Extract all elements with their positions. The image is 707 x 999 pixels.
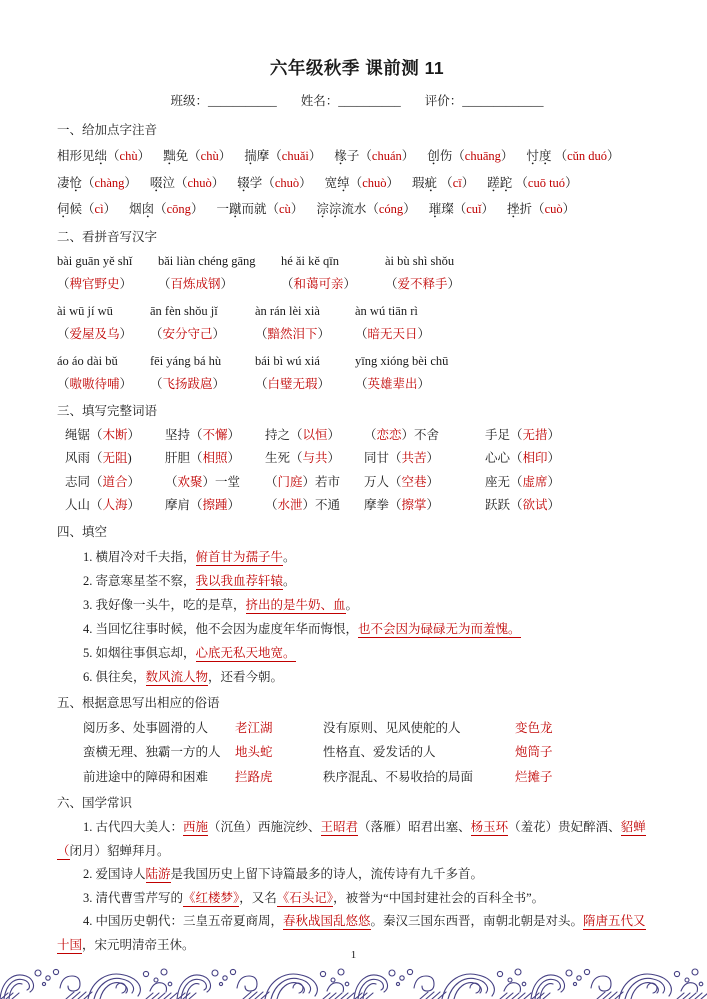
text: 瑕 — [412, 176, 425, 190]
answer-text: 门庭 — [278, 475, 303, 489]
entry: 蛮横无理、独霸一方的人 — [83, 740, 235, 765]
entry: 没有原则、见风使舵的人 — [323, 716, 515, 741]
answer-text: 英雄辈出 — [368, 377, 418, 391]
text: 是我国历史上留下诗篇最多的诗人，流传诗有九千多首。 — [171, 867, 484, 881]
answer-underlined-text: 数风流人物 — [146, 670, 209, 686]
text: ，被誉为“中国封建社会的百科全书”。 — [333, 891, 544, 905]
text: 1. 古代四大美人： — [83, 820, 183, 834]
answer-text: 炮筒子 — [515, 745, 553, 759]
text: fēi yáng bá hù — [150, 354, 221, 368]
text: _____________ — [462, 94, 543, 108]
entry: （和蔼可亲） — [281, 273, 385, 296]
entry: （百炼成钢） — [158, 273, 281, 296]
entry: 绳锯（木断） — [65, 424, 165, 448]
text: 泣（ — [162, 176, 187, 190]
text: 阅历多、处事圆滑的人 — [83, 721, 208, 735]
entry: fēi yáng bá hù — [150, 350, 255, 373]
entry: 人山（人海） — [65, 494, 165, 518]
fill-item: 2. 寄意寒星荃不察，我以我血荐轩辕。 — [57, 569, 657, 593]
entry: 炮筒子 — [515, 740, 657, 765]
entry: （爱屋及乌） — [57, 323, 150, 346]
text: 蛮横无理、独霸一方的人 — [83, 745, 221, 759]
text: ） — [344, 277, 357, 291]
text: ） — [548, 475, 561, 489]
entry: 一蹴而就（cù） — [216, 196, 303, 223]
entry: 摩拳（擦掌） — [364, 494, 485, 518]
entry: 椽子（chuán） — [334, 143, 414, 170]
answer-text: cuō tuó — [528, 176, 565, 190]
knowledge-paragraph: 3. 清代曹雪芹写的《红楼梦》，又名《石头记》，被誉为“中国封建社会的百科全书”… — [57, 887, 657, 911]
dotted-character: 绌 — [95, 149, 108, 163]
entry: 同甘（共苦） — [364, 447, 485, 471]
entry: bài guān yě shǐ — [57, 250, 158, 273]
text: 手足（ — [485, 428, 523, 442]
answer-underlined-text: 春秋战国乱悠悠 — [283, 914, 371, 930]
text: （ — [364, 428, 377, 442]
text: （ — [281, 277, 294, 291]
text: ）不舍 — [402, 428, 440, 442]
text: 摩肩（ — [165, 498, 203, 512]
answer-text: 恋恋 — [377, 428, 402, 442]
text: 同甘（ — [364, 451, 402, 465]
text: ） — [318, 327, 331, 341]
text: 免（ — [176, 149, 201, 163]
answer-row: （稗官野史）（百炼成钢）（和蔼可亲）（爱不释手） — [57, 273, 657, 296]
text: ） — [120, 377, 133, 391]
entry: 班级：___________ — [170, 90, 276, 112]
answer-underlined-text: 陆游 — [146, 867, 171, 883]
dotted-character: 忖 — [526, 149, 539, 163]
text: （ — [107, 149, 120, 163]
entry: ài bù shì shǒu — [385, 250, 657, 273]
text: （ — [265, 475, 278, 489]
text: bái bì wú xiá — [255, 354, 320, 368]
text: 3. 清代曹雪芹写的 — [83, 891, 183, 905]
text: ） — [191, 202, 204, 216]
text: 一、给加点字注音 — [57, 123, 157, 137]
answer-underlined-text: 挤出的是牛奶、血 — [246, 598, 346, 614]
entry: 地头蛇 — [235, 740, 323, 765]
text: ，还看今朝。 — [208, 670, 283, 684]
text: 三、填写完整词语 — [57, 404, 157, 418]
answer-text: cuò — [545, 202, 563, 216]
text: （ — [355, 377, 368, 391]
answer-underlined-text: 心底无私天地宽。 — [196, 646, 296, 662]
text: 3. 我好像一头牛，吃的是草， — [83, 598, 246, 612]
answer-text: chuāng — [465, 149, 501, 163]
entry: 烟囱（cōng） — [129, 196, 203, 223]
answer-text: 白璧无瑕 — [268, 377, 318, 391]
text: ） — [462, 176, 475, 190]
entry: 摩肩（擦踵） — [165, 494, 265, 518]
section-4-heading: 四、填空 — [57, 521, 657, 543]
text: bǎi liàn chéng gāng — [158, 254, 256, 268]
idiom-row: 人山（人海）摩肩（擦踵）（水泄）不通摩拳（擦掌）跃跃（欲试） — [57, 494, 657, 518]
dotted-character: 啜 — [150, 176, 163, 190]
entry: 辍学（chuò） — [237, 170, 311, 197]
text: 5. 如烟往事俱忘却， — [83, 646, 196, 660]
dotted-character: 怆 — [70, 176, 83, 190]
text: 4. 中国历史朝代：三皇五帝夏商周， — [83, 914, 283, 928]
entry: （恋恋）不舍 — [364, 424, 485, 448]
dotted-character: 淙 — [316, 202, 329, 216]
answer-text: 和蔼可亲 — [294, 277, 344, 291]
text: 肝胆（ — [165, 451, 203, 465]
answer-text: 地头蛇 — [235, 745, 273, 759]
text: 姓名： — [301, 94, 339, 108]
proverb-row: 阅历多、处事圆滑的人老江湖没有原则、见风使舵的人变色龙 — [57, 716, 657, 741]
text: 四、填空 — [57, 525, 107, 539]
answer-text: 无阻 — [103, 451, 128, 465]
text: ） — [228, 498, 241, 512]
text: （沉鱼）西施浣纱、 — [208, 820, 321, 834]
idiom-row: 风雨（无阻)肝胆（相照）生死（与共）同甘（共苦）心心（相印） — [57, 447, 657, 471]
dotted-character: 淙 — [329, 202, 342, 216]
text: ） — [548, 498, 561, 512]
text: 折（ — [520, 202, 545, 216]
text: 跃跃（ — [485, 498, 523, 512]
pinyin-annotation-row: 凄怆（chàng）啜泣（chuò）辍学（chuò）宽绰（chuò）瑕疵 （cī）… — [57, 170, 657, 197]
answer-text: 百炼成钢 — [171, 277, 221, 291]
entry: 宽绰（chuò） — [325, 170, 399, 197]
text: 生死（ — [265, 451, 303, 465]
text: 子（ — [347, 149, 372, 163]
entry: 生死（与共） — [265, 447, 364, 471]
text: （ — [255, 377, 268, 391]
text: ） — [403, 202, 416, 216]
text: ) — [128, 451, 132, 465]
text: 。 — [283, 550, 296, 564]
entry: 挫折（cuò） — [507, 196, 575, 223]
knowledge-paragraph: 2. 爱国诗人陆游是我国历史上留下诗篇最多的诗人，流传诗有九千多首。 — [57, 863, 657, 887]
text: 持之（ — [265, 428, 303, 442]
answer-text: 安分守己 — [163, 327, 213, 341]
text: 2. 寄意寒星荃不察， — [83, 574, 196, 588]
answer-text: 嗷嗷待哺 — [70, 377, 120, 391]
text: （ — [512, 176, 528, 190]
text: 6. 俱往矣， — [83, 670, 146, 684]
text: （ — [255, 327, 268, 341]
answer-row: （嗷嗷待哺）（飞扬跋扈）（白璧无瑕）（英雄辈出） — [57, 373, 657, 396]
text: ài wū jí wū — [57, 304, 113, 318]
text: ） — [563, 202, 576, 216]
text: ） — [418, 327, 431, 341]
dotted-character: 辍 — [237, 176, 250, 190]
entry: （水泄）不通 — [265, 494, 364, 518]
entry: 前进途中的障碍和困难 — [83, 765, 235, 790]
text: ） — [212, 176, 225, 190]
header-fields: 班级：___________姓名：__________评价：__________… — [57, 90, 657, 112]
text: 心心（ — [485, 451, 523, 465]
entry: 创伤（chuāng） — [427, 143, 513, 170]
answer-text: 道合 — [103, 475, 128, 489]
answer-text: 飞扬跋扈 — [163, 377, 213, 391]
text: ） — [213, 327, 226, 341]
dotted-character: 蹉 — [487, 176, 500, 190]
text: ） — [418, 377, 431, 391]
text: 班级： — [170, 94, 208, 108]
text: 烟 — [129, 202, 142, 216]
wave-border-decoration — [0, 966, 707, 999]
text: 前进途中的障碍和困难 — [83, 770, 208, 784]
answer-text: 不懈 — [203, 428, 228, 442]
entry: 相形见绌（chù） — [57, 143, 150, 170]
pinyin-annotation-row: 相形见绌（chù）黜免（chù）揣摩（chuǎi）椽子（chuán）创伤（chu… — [57, 143, 657, 170]
answer-text: 欲试 — [523, 498, 548, 512]
answer-text: chuǎi — [282, 149, 309, 163]
text: （ — [385, 277, 398, 291]
answer-underlined-text: 西施 — [183, 820, 208, 836]
answer-text: 暗无天日 — [368, 327, 418, 341]
entry: （黯然泪下） — [255, 323, 355, 346]
page-title: 六年级秋季 课前测 11 — [57, 56, 657, 80]
answer-text: cǔn duó — [567, 149, 607, 163]
text: ，又名 — [239, 891, 277, 905]
answer-text: cī — [453, 176, 462, 190]
dotted-character: 璀 — [429, 202, 442, 216]
answer-underlined-text: 俯首甘为孺子牛 — [196, 550, 284, 566]
idiom-row: 绳锯（木断）坚持（不懈）持之（以恒）（恋恋）不舍手足（无措） — [57, 424, 657, 448]
fill-item: 6. 俱往矣，数风流人物，还看今朝。 — [57, 665, 657, 689]
fill-item: 5. 如烟往事俱忘却，心底无私天地宽。 — [57, 641, 657, 665]
text: 六、国学常识 — [57, 796, 132, 810]
text: （ — [350, 176, 363, 190]
text: ） — [219, 149, 232, 163]
answer-text: cuǐ — [466, 202, 481, 216]
answer-text: 老江湖 — [235, 721, 273, 735]
text: 璨（ — [441, 202, 466, 216]
entry: áo áo dài bǔ — [57, 350, 150, 373]
answer-text: 黯然泪下 — [268, 327, 318, 341]
dotted-character: 挫 — [507, 202, 520, 216]
text: 坚持（ — [165, 428, 203, 442]
text: ） — [607, 149, 620, 163]
entry: （爱不释手） — [385, 273, 657, 296]
text: 相形见 — [57, 149, 95, 163]
answer-text: chù — [201, 149, 219, 163]
answer-text: cóng — [379, 202, 403, 216]
idiom-row: 志同（道合）（欢聚）一堂（门庭）若市万人（空巷）座无（虚席） — [57, 471, 657, 495]
entry: 志同（道合） — [65, 471, 165, 495]
text: 摩（ — [257, 149, 282, 163]
text: 没有原则、见风使舵的人 — [323, 721, 461, 735]
answer-underlined-text: 王昭君 — [321, 820, 359, 836]
text: àn wú tiān rì — [355, 304, 418, 318]
entry: 变色龙 — [515, 716, 657, 741]
text: 宽 — [325, 176, 338, 190]
answer-text: 人海 — [103, 498, 128, 512]
answer-text: chuò — [362, 176, 386, 190]
dotted-character: 囱 — [142, 202, 155, 216]
entry: ān fèn shǒu jǐ — [150, 300, 255, 323]
text: 1. 横眉冷对千夫指， — [83, 550, 196, 564]
text: ）一堂 — [203, 475, 241, 489]
text: ） — [482, 202, 495, 216]
text: ） — [427, 475, 440, 489]
section-6-heading: 六、国学常识 — [57, 792, 657, 814]
entry: 万人（空巷） — [364, 471, 485, 495]
text: áo áo dài bǔ — [57, 354, 118, 368]
text: ） — [221, 277, 234, 291]
text: ） — [120, 277, 133, 291]
text: （ — [158, 277, 171, 291]
answer-text: chuò — [187, 176, 211, 190]
entry: 揣摩（chuǎi） — [244, 143, 321, 170]
text: 流水（ — [341, 202, 379, 216]
text: ） — [299, 176, 312, 190]
entry: àn rán lèi xià — [255, 300, 355, 323]
text: ） — [138, 149, 151, 163]
entry: 老江湖 — [235, 716, 323, 741]
entry: 瑕疵 （cī） — [412, 170, 474, 197]
answer-text: 拦路虎 — [235, 770, 273, 784]
text: ） — [128, 475, 141, 489]
fill-item: 4. 当回忆往事时候，他不会因为虚度年华而悔恨，也不会因为碌碌无为而羞愧。 — [57, 617, 657, 641]
text: 候（ — [70, 202, 95, 216]
text: 五、根据意思写出相应的俗语 — [57, 696, 220, 710]
text: （ — [551, 149, 567, 163]
answer-underlined-text: 《石头记》 — [277, 891, 333, 907]
pinyin-row: ài wū jí wūān fèn shǒu jǐàn rán lèi xiàà… — [57, 300, 657, 323]
section-2-heading: 二、看拼音写汉字 — [57, 226, 657, 248]
dotted-character: 椽 — [334, 149, 347, 163]
answer-text: 变色龙 — [515, 721, 553, 735]
text: 人山（ — [65, 498, 103, 512]
dotted-character: 蹴 — [229, 202, 242, 216]
text: 万人（ — [364, 475, 402, 489]
text: （ — [355, 327, 368, 341]
text: 摩拳（ — [364, 498, 402, 512]
dotted-character: 创 — [427, 149, 440, 163]
answer-underlined-text: 杨玉环 — [471, 820, 509, 836]
text: ài bù shì shǒu — [385, 254, 454, 268]
pinyin-row: bài guān yě shǐbǎi liàn chéng gānghé ǎi … — [57, 250, 657, 273]
text: ） — [104, 202, 117, 216]
text: ） — [291, 202, 304, 216]
answer-row: （爱屋及乌）（安分守己）（黯然泪下）（暗无天日） — [57, 323, 657, 346]
answer-text: 与共 — [303, 451, 328, 465]
text: （ — [57, 377, 70, 391]
answer-text: cì — [95, 202, 104, 216]
text: ） — [548, 428, 561, 442]
text: ） — [402, 149, 415, 163]
entry: 凄怆（chàng） — [57, 170, 137, 197]
dotted-character: 伺 — [57, 202, 70, 216]
text: （羞花）贵妃醉酒、 — [508, 820, 621, 834]
answer-text: 无措 — [523, 428, 548, 442]
entry: àn wú tiān rì — [355, 300, 657, 323]
text: 一 — [216, 202, 229, 216]
text: 六年级秋季 课前测 11 — [270, 58, 444, 78]
entry: 肝胆（相照） — [165, 447, 265, 471]
text: ） — [213, 377, 226, 391]
fill-item: 3. 我好像一头牛，吃的是草，挤出的是牛奶、血。 — [57, 593, 657, 617]
answer-text: chù — [120, 149, 138, 163]
entry: （英雄辈出） — [355, 373, 657, 396]
text: （落雁）昭君出塞、 — [358, 820, 471, 834]
entry: 忖度 （cǔn duó） — [526, 143, 619, 170]
text: ）不通 — [303, 498, 341, 512]
section-5-heading: 五、根据意思写出相应的俗语 — [57, 692, 657, 714]
entry: hé ǎi kě qīn — [281, 250, 385, 273]
text: 凄 — [57, 176, 70, 190]
entry: 姓名：__________ — [301, 90, 401, 112]
text: àn rán lèi xià — [255, 304, 320, 318]
entry: 烂摊子 — [515, 765, 657, 790]
proverb-row: 前进途中的障碍和困难拦路虎秩序混乱、不易收拾的局面烂摊子 — [57, 765, 657, 790]
text: 闭月）貂蝉拜月。 — [70, 844, 170, 858]
entry: bái bì wú xiá — [255, 350, 355, 373]
entry: 手足（无措） — [485, 424, 657, 448]
section-1-heading: 一、给加点字注音 — [57, 119, 657, 141]
text: 学（ — [250, 176, 275, 190]
text: （ — [150, 327, 163, 341]
text: ） — [565, 176, 578, 190]
answer-text: 爱不释手 — [398, 277, 448, 291]
answer-text: 共苦 — [402, 451, 427, 465]
entry: （白璧无瑕） — [255, 373, 355, 396]
entry: 心心（相印） — [485, 447, 657, 471]
answer-text: 烂摊子 — [515, 770, 553, 784]
entry: yīng xióng bèi chū — [355, 350, 657, 373]
text: ） — [120, 327, 133, 341]
fill-item: 1. 横眉冷对千夫指，俯首甘为孺子牛。 — [57, 545, 657, 569]
entry: （飞扬跋扈） — [150, 373, 255, 396]
answer-text: 欢聚 — [178, 475, 203, 489]
answer-text: cōng — [167, 202, 191, 216]
dotted-character: 跎 — [500, 176, 513, 190]
answer-text: 空巷 — [402, 475, 427, 489]
dotted-character: 疵 — [425, 176, 438, 190]
text: __________ — [338, 94, 401, 108]
text: 志同（ — [65, 475, 103, 489]
text: （ — [57, 277, 70, 291]
section-3-heading: 三、填写完整词语 — [57, 400, 657, 422]
text: ）若市 — [303, 475, 341, 489]
text: （ — [82, 176, 95, 190]
entry: 拦路虎 — [235, 765, 323, 790]
text: ） — [501, 149, 514, 163]
answer-text: 稗官野史 — [70, 277, 120, 291]
text: yīng xióng bèi chū — [355, 354, 448, 368]
text: 。秦汉三国东西晋，南朝北朝是对头。 — [371, 914, 584, 928]
text: （ — [150, 377, 163, 391]
answer-underlined-text: 也不会因为碌碌无为而羞愧。 — [358, 622, 521, 638]
entry: ài wū jí wū — [57, 300, 150, 323]
text: ） — [448, 277, 461, 291]
dotted-character: 揣 — [244, 149, 257, 163]
proverb-row: 蛮横无理、独霸一方的人地头蛇性格直、爱发话的人炮筒子 — [57, 740, 657, 765]
text: ） — [318, 377, 331, 391]
entry: 啜泣（chuò） — [150, 170, 224, 197]
text: 伤（ — [440, 149, 465, 163]
text: ） — [228, 428, 241, 442]
text: 座无（ — [485, 475, 523, 489]
answer-text: 爱屋及乌 — [70, 327, 120, 341]
entry: 坚持（不懈） — [165, 424, 265, 448]
entry: 座无（虚席） — [485, 471, 657, 495]
text: ） — [387, 176, 400, 190]
dotted-character: 度 — [539, 149, 552, 163]
answer-text: 相印 — [523, 451, 548, 465]
answer-underlined-text: 《红楼梦》 — [183, 891, 239, 907]
answer-text: chuò — [275, 176, 299, 190]
text: （ — [265, 498, 278, 512]
text: ） — [328, 428, 341, 442]
text: hé ǎi kě qīn — [281, 254, 339, 268]
entry: 阅历多、处事圆滑的人 — [83, 716, 235, 741]
answer-text: 相照 — [203, 451, 228, 465]
